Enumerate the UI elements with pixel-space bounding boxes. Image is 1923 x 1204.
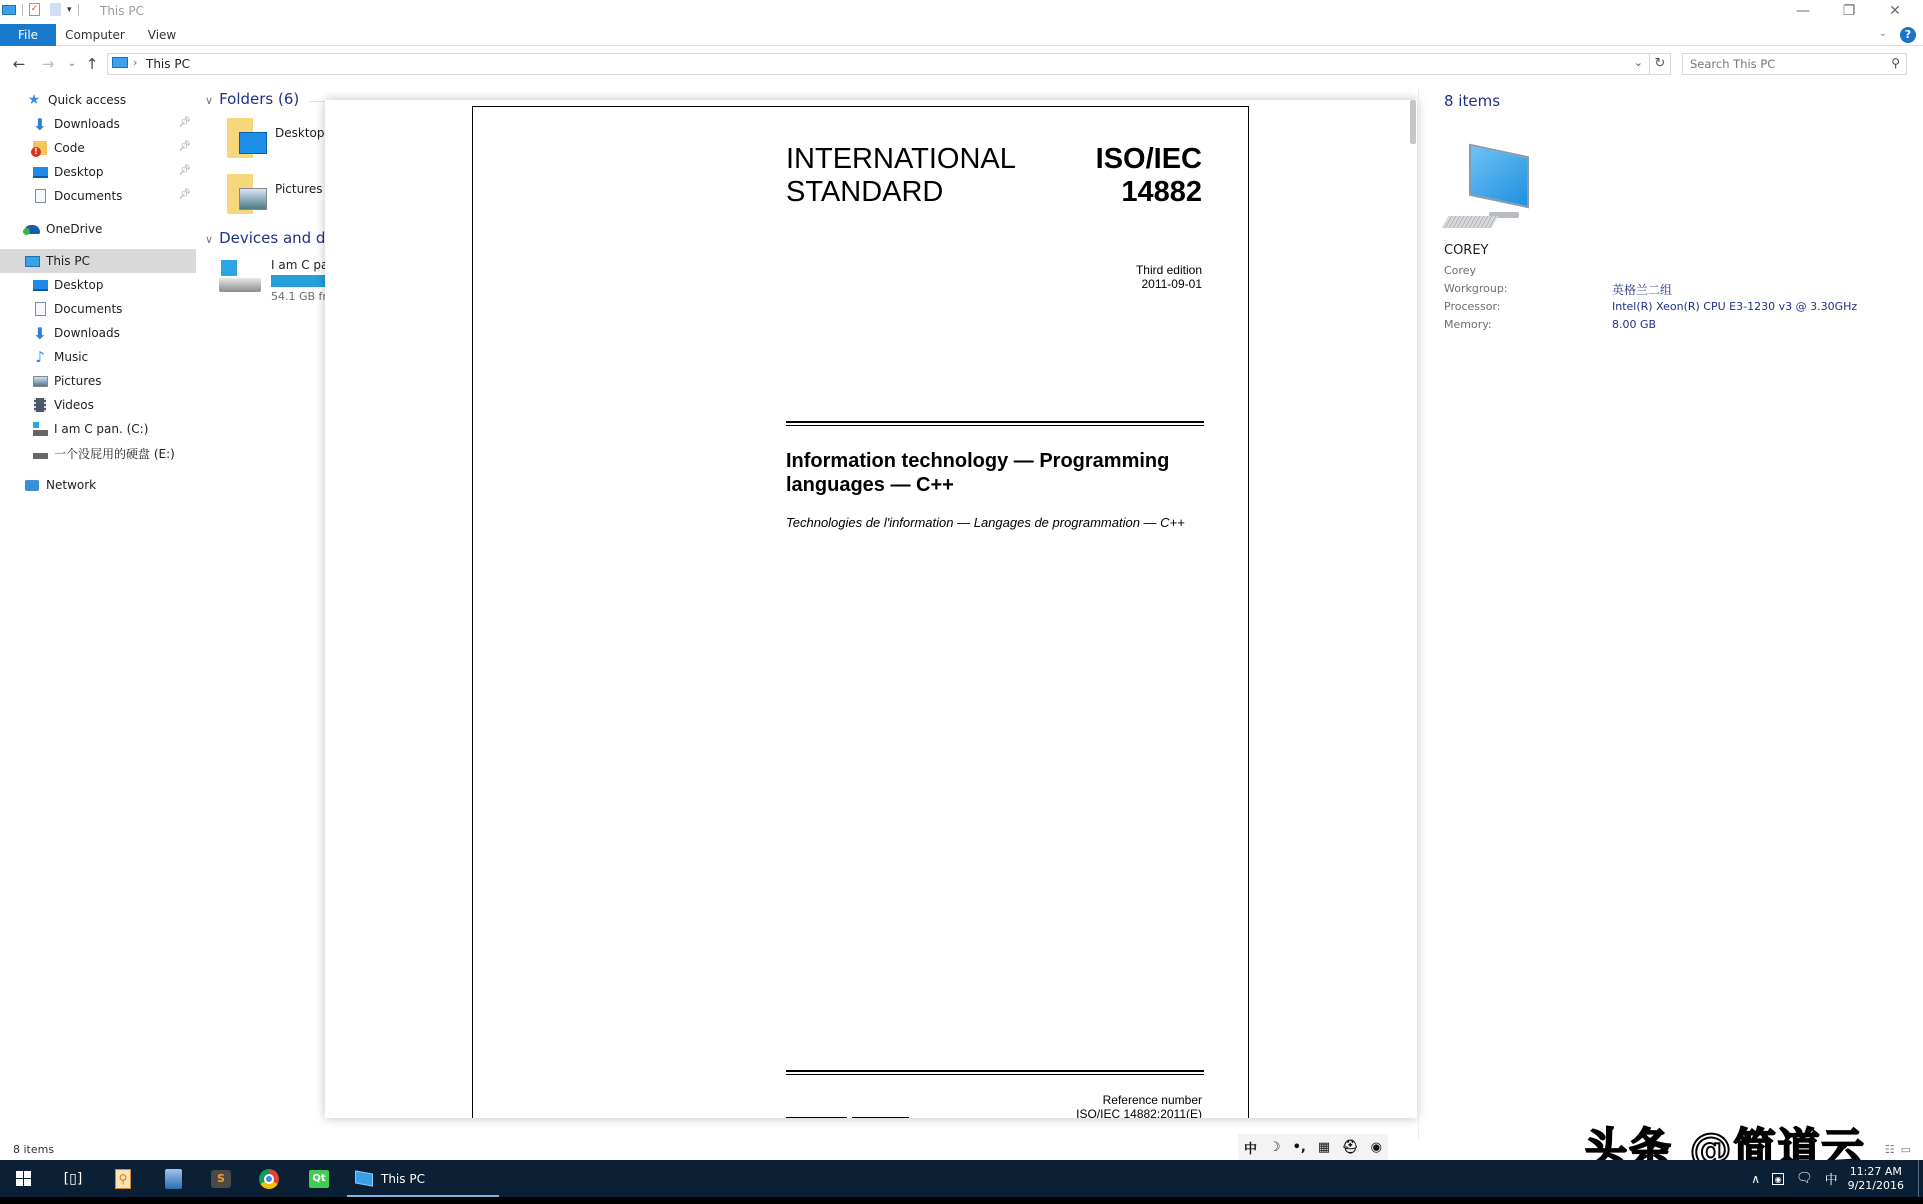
divider xyxy=(22,4,23,16)
folder-warning-icon: ! xyxy=(32,140,48,156)
property-label: Processor: xyxy=(1444,300,1501,313)
sidebar-item-label: Downloads xyxy=(54,326,120,340)
pin-icon[interactable]: 📌︎ xyxy=(178,189,191,200)
property-value: Intel(R) Xeon(R) CPU E3-1230 v3 @ 3.30GH… xyxy=(1612,300,1857,313)
show-hidden-icons-chevron-icon[interactable]: ∧ xyxy=(1751,1172,1760,1186)
sidebar-item-label: Videos xyxy=(54,398,94,412)
sidebar-item-label: 一个没屁用的硬盘 (E:) xyxy=(54,445,175,462)
sidebar-item-desktop[interactable]: Desktop xyxy=(0,273,196,297)
forward-button[interactable]: → xyxy=(38,54,58,74)
sidebar-item-label: Quick access xyxy=(48,93,126,107)
start-button[interactable] xyxy=(0,1160,46,1197)
ime-indicator[interactable]: 中 xyxy=(1825,1169,1838,1188)
logo-bar xyxy=(786,1117,847,1118)
logo-bar xyxy=(852,1117,909,1118)
action-center-icon[interactable]: 🗨︎ xyxy=(1796,1171,1813,1186)
chevron-down-icon[interactable]: ∨ xyxy=(205,94,213,107)
navigation-bar: ← → ⌄ ↑ › This PC ⌄ ↻ ⚲ xyxy=(0,48,1923,80)
search-box[interactable]: ⚲ xyxy=(1682,53,1907,75)
screen-bottom-edge xyxy=(0,1197,1923,1204)
group-header-folders[interactable]: ∨Folders (6) xyxy=(205,90,299,108)
doc-reference: Reference number ISO/IEC 14882:2011(E) xyxy=(1076,1093,1202,1118)
expand-ribbon-chevron-icon[interactable]: ⌄ xyxy=(1879,28,1887,39)
doc-text: languages — C++ xyxy=(786,473,1169,497)
chevron-down-icon[interactable]: ∨ xyxy=(205,233,213,246)
ime-settings-icon[interactable]: ◉ xyxy=(1371,1140,1382,1155)
onedrive-icon xyxy=(24,221,40,237)
document-preview-window[interactable]: INTERNATIONAL STANDARD ISO/IEC 14882 Thi… xyxy=(325,100,1417,1118)
sidebar-item-label: Documents xyxy=(54,302,122,316)
sidebar-item-label: This PC xyxy=(46,254,90,268)
task-view-button[interactable]: [▯] xyxy=(50,1160,96,1197)
sidebar-item-label: Desktop xyxy=(54,165,104,179)
sidebar-item-label: I am C pan. (C:) xyxy=(54,422,148,436)
computer-icon xyxy=(1441,148,1531,230)
double-rule xyxy=(786,421,1204,426)
magnifier-document-icon: ⚲ xyxy=(115,1169,131,1189)
tile-label: Desktop xyxy=(275,126,325,140)
help-icon[interactable]: ? xyxy=(1900,27,1916,43)
taskbar-app-sublime[interactable]: S xyxy=(198,1160,244,1197)
ime-soft-keyboard-icon[interactable]: ▦ xyxy=(1318,1140,1330,1155)
doc-text: ISO/IEC xyxy=(1096,143,1202,176)
doc-text: Third edition xyxy=(1136,263,1202,277)
search-icon[interactable]: ⚲ xyxy=(1891,56,1900,70)
taskbar-app-chrome[interactable] xyxy=(246,1160,292,1197)
ime-skin-icon[interactable]: ⛑ xyxy=(1342,1140,1359,1155)
sidebar-item-this-pc[interactable]: This PC xyxy=(0,249,196,273)
this-pc-icon xyxy=(2,5,16,15)
window-title: This PC xyxy=(100,4,144,18)
pictures-icon xyxy=(32,373,48,389)
sidebar-item-drive-e[interactable]: 一个没屁用的硬盘 (E:) xyxy=(0,441,196,465)
close-button[interactable]: ✕ xyxy=(1872,0,1918,22)
tab-file[interactable]: File xyxy=(0,24,56,46)
taskbar-app-search-doc[interactable]: ⚲ xyxy=(100,1160,146,1197)
doc-text: STANDARD xyxy=(786,176,1016,209)
pin-icon[interactable]: 📌︎ xyxy=(178,141,191,152)
sidebar-item-label: OneDrive xyxy=(46,222,102,236)
clock[interactable]: 11:27 AM 9/21/2016 xyxy=(1848,1165,1904,1193)
pdf-page: INTERNATIONAL STANDARD ISO/IEC 14882 Thi… xyxy=(472,106,1249,1118)
doc-text: 14882 xyxy=(1096,176,1202,209)
ime-half-width-icon[interactable]: ☽ xyxy=(1269,1140,1281,1155)
sidebar-item-quick-access[interactable]: ★ Quick access xyxy=(0,88,196,112)
sidebar-item-network[interactable]: Network xyxy=(0,473,196,497)
item-count: 8 items xyxy=(1444,92,1500,110)
refresh-button[interactable]: ↻ xyxy=(1650,53,1671,75)
windows-drive-icon xyxy=(32,421,48,437)
drive-icon xyxy=(32,445,48,461)
restore-icon: ❐ xyxy=(1843,3,1856,19)
tile-label: Pictures xyxy=(275,182,323,196)
this-pc-icon xyxy=(24,253,40,269)
pin-icon[interactable]: 📌︎ xyxy=(178,165,191,176)
computer-name: COREY xyxy=(1444,243,1489,258)
minimize-icon: — xyxy=(1796,3,1810,19)
doc-text: INTERNATIONAL xyxy=(786,143,1016,176)
windows-logo-icon xyxy=(16,1171,31,1186)
doc-text: ISO/IEC 14882:2011(E) xyxy=(1076,1107,1202,1118)
computer-user: Corey xyxy=(1444,264,1476,277)
property-value: 8.00 GB xyxy=(1612,318,1656,331)
qt-creator-icon: Qt xyxy=(309,1170,329,1188)
sidebar-item-label: Downloads xyxy=(54,117,120,131)
tab-view[interactable]: View xyxy=(138,24,186,46)
folder-tile-desktop[interactable]: Desktop xyxy=(225,118,325,160)
doc-header-left: INTERNATIONAL STANDARD xyxy=(786,143,1016,209)
sidebar-item-drive-c[interactable]: I am C pan. (C:) xyxy=(0,417,196,441)
sidebar-item-label: Code xyxy=(54,141,85,155)
doc-text: Reference number xyxy=(1076,1093,1202,1107)
navigation-pane: ★ Quick access ⬇ Downloads 📌︎ ! Code 📌︎ … xyxy=(0,88,197,1140)
sidebar-item-label: Network xyxy=(46,478,96,492)
doc-header-right: ISO/IEC 14882 xyxy=(1096,143,1202,209)
preview-scrollbar-thumb[interactable] xyxy=(1410,100,1416,144)
quick-access-toolbar: ✓ ▾ xyxy=(2,3,85,16)
back-button[interactable]: ← xyxy=(9,54,29,74)
recent-locations-button[interactable]: ⌄ xyxy=(62,54,82,74)
up-button[interactable]: ↑ xyxy=(82,54,102,74)
property-label: Workgroup: xyxy=(1444,282,1508,295)
documents-icon xyxy=(32,301,48,317)
sidebar-item-label: Desktop xyxy=(54,278,104,292)
sidebar-item-label: Music xyxy=(54,350,88,364)
doc-subtitle: Technologies de l'information — Langages… xyxy=(786,515,1185,530)
large-icons-view-icon[interactable]: ▭ xyxy=(1901,1143,1911,1156)
sidebar-item-downloads[interactable]: ⬇ Downloads 📌︎ xyxy=(0,112,196,136)
taskbar-window-label: This PC xyxy=(381,1172,425,1186)
double-rule xyxy=(786,1070,1204,1075)
title-bar: ✓ ▾ This PC — ❐ ✕ xyxy=(0,0,1923,24)
property-value: 英格兰二组 xyxy=(1612,281,1672,298)
videos-icon xyxy=(32,397,48,413)
ime-toolbar[interactable]: 中 ☽ •, ▦ ⛑ ◉ xyxy=(1238,1134,1388,1160)
taskbar-app-blue-book[interactable] xyxy=(150,1160,196,1197)
close-icon: ✕ xyxy=(1889,3,1901,19)
pictures-folder-icon xyxy=(225,174,267,216)
folder-tile-pictures[interactable]: Pictures xyxy=(225,174,323,216)
doc-text: Information technology — Programming xyxy=(786,449,1169,473)
search-input[interactable] xyxy=(1683,54,1883,74)
address-dropdown-icon[interactable]: ⌄ xyxy=(1634,56,1643,69)
divider xyxy=(78,4,79,16)
task-view-icon: [▯] xyxy=(64,1171,83,1187)
star-icon: ★ xyxy=(26,92,42,108)
breadcrumb-this-pc[interactable]: This PC xyxy=(146,57,190,71)
restore-button[interactable]: ❐ xyxy=(1826,0,1872,22)
desktop-icon xyxy=(32,277,48,293)
taskbar-app-qt[interactable]: Qt xyxy=(296,1160,342,1197)
sidebar-item-onedrive[interactable]: OneDrive xyxy=(0,217,196,241)
sidebar-item-documents[interactable]: Documents 📌︎ xyxy=(0,184,196,208)
customize-toolbar-icon[interactable]: ▾ xyxy=(67,5,72,15)
blue-book-icon xyxy=(165,1169,182,1189)
new-folder-icon[interactable] xyxy=(50,3,61,16)
clock-time: 11:27 AM xyxy=(1848,1165,1904,1179)
details-pane: 8 items COREY Corey Workgroup: 英格兰二组 Pro… xyxy=(1418,88,1923,1140)
sidebar-item-desktop[interactable]: Desktop 📌︎ xyxy=(0,160,196,184)
system-tray: ∧ ◉ 🗨︎ 中 11:27 AM 9/21/2016 xyxy=(1751,1160,1923,1197)
ime-chinese-mode-icon[interactable]: 中 xyxy=(1244,1138,1257,1157)
chrome-icon xyxy=(259,1169,279,1189)
minimize-button[interactable]: — xyxy=(1780,0,1826,22)
doc-edition: Third edition 2011-09-01 xyxy=(1136,263,1202,291)
this-pc-icon xyxy=(112,57,128,68)
desktop-icon xyxy=(32,164,48,180)
network-status-icon[interactable]: ◉ xyxy=(1772,1173,1784,1185)
details-view-icon[interactable]: ☷ xyxy=(1885,1143,1895,1156)
sidebar-item-downloads[interactable]: ⬇ Downloads xyxy=(0,321,196,345)
ribbon-tabs: File Computer View ⌄ ? xyxy=(0,24,1923,46)
property-label: Memory: xyxy=(1444,318,1492,331)
sidebar-item-label: Documents xyxy=(54,189,122,203)
download-arrow-icon: ⬇ xyxy=(32,116,48,132)
status-item-count: 8 items xyxy=(13,1143,54,1156)
doc-text: 2011-09-01 xyxy=(1136,277,1202,291)
pin-icon[interactable]: 📌︎ xyxy=(178,117,191,128)
sidebar-item-videos[interactable]: Videos xyxy=(0,393,196,417)
sidebar-item-music[interactable]: ♪ Music xyxy=(0,345,196,369)
documents-icon xyxy=(32,188,48,204)
taskbar-window-this-pc[interactable]: This PC xyxy=(347,1160,499,1197)
clock-date: 9/21/2016 xyxy=(1848,1179,1904,1193)
download-arrow-icon: ⬇ xyxy=(32,325,48,341)
desktop-folder-icon xyxy=(225,118,267,160)
sidebar-item-code[interactable]: ! Code 📌︎ xyxy=(0,136,196,160)
ime-punctuation-icon[interactable]: •, xyxy=(1293,1140,1306,1155)
sidebar-item-pictures[interactable]: Pictures xyxy=(0,369,196,393)
group-title: Folders (6) xyxy=(219,90,299,108)
this-pc-icon xyxy=(355,1170,373,1186)
tab-computer[interactable]: Computer xyxy=(60,24,130,46)
windows-drive-icon xyxy=(217,258,263,298)
music-note-icon: ♪ xyxy=(32,349,48,365)
address-bar[interactable]: › This PC ⌄ xyxy=(107,53,1650,75)
breadcrumb-separator-icon[interactable]: › xyxy=(133,56,137,69)
network-icon xyxy=(24,477,40,493)
doc-title: Information technology — Programming lan… xyxy=(786,449,1169,497)
show-desktop-button[interactable] xyxy=(1918,1160,1919,1197)
sublime-text-icon: S xyxy=(211,1170,231,1188)
view-toggle: ☷ ▭ xyxy=(1885,1143,1911,1156)
properties-icon[interactable]: ✓ xyxy=(29,3,40,16)
sidebar-item-label: Pictures xyxy=(54,374,102,388)
sidebar-item-documents[interactable]: Documents xyxy=(0,297,196,321)
